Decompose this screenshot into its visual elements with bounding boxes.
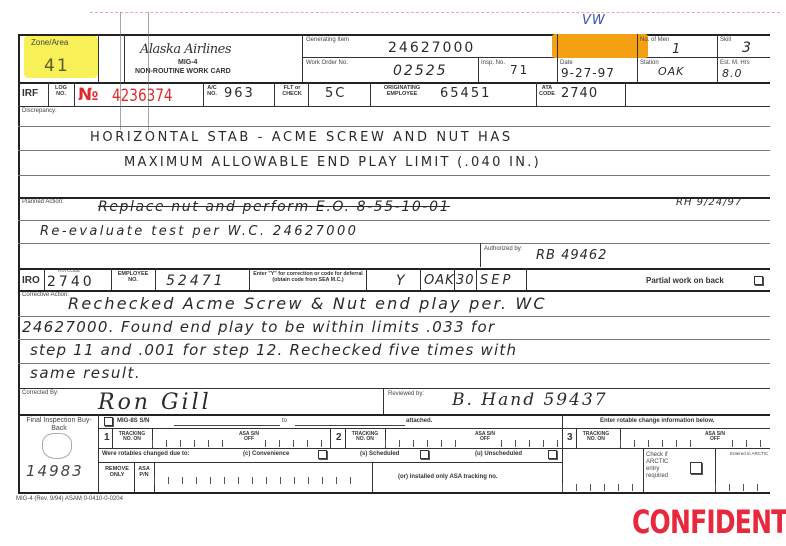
scheduled-checkbox[interactable] [420, 450, 429, 459]
est-hours-value: 8.0 [722, 67, 743, 80]
divider [330, 428, 331, 448]
divider [372, 462, 373, 492]
divider [112, 428, 113, 448]
divider [478, 57, 479, 82]
flt-check-value: 5C [325, 86, 346, 101]
convenience-checkbox[interactable] [318, 450, 327, 459]
inspection-stamp-icon [42, 433, 72, 459]
tracking-block-3-asa-field[interactable] [732, 440, 770, 447]
divider [526, 268, 527, 290]
tracking-block-1-asa-field[interactable] [265, 440, 329, 447]
page-edge-dashes [90, 12, 780, 13]
discrepancy-line-1: HORIZONTAL STAB - ACME SCREW AND NUT HAS [90, 130, 513, 145]
corrective-action-line-2: 24627000. Found end play to be within li… [22, 318, 495, 336]
divider [476, 268, 477, 290]
divider [576, 428, 577, 448]
tracking-block-1-number: 1 [104, 433, 110, 444]
iro-label: IRO [22, 276, 40, 287]
unscheduled-checkbox[interactable] [548, 450, 557, 459]
form-left-border [18, 34, 20, 492]
ruled-line [18, 243, 770, 244]
divider [134, 462, 135, 492]
planned-action-line-1-struck: Replace nut and perform E.O. 8-55-10-01 [98, 199, 450, 215]
divider [366, 268, 367, 290]
struck-initials: RH 9/24/97 [676, 197, 742, 208]
ruled-line [18, 175, 770, 176]
initials-mark: VW [582, 13, 606, 28]
divider [383, 388, 384, 414]
divider [18, 82, 770, 84]
ata-code-label: ATA CODE [538, 86, 556, 98]
ata-code-value: 2740 [561, 86, 598, 101]
divider [700, 57, 770, 58]
authorized-by-value: RB 49462 [536, 248, 607, 263]
divider [536, 82, 537, 106]
installed-tracking-field[interactable] [562, 484, 642, 491]
divider [562, 414, 563, 428]
asa-pn-field[interactable] [154, 477, 364, 484]
partial-work-label: Partial work on back [646, 277, 724, 285]
divider [18, 268, 770, 270]
attached-field[interactable] [295, 425, 405, 426]
generating-item-label: Generating Item [306, 37, 349, 43]
divider [302, 34, 303, 82]
tracking-block-3-asa-label: ASA S/N OFF [700, 432, 730, 443]
log-no-value: 4236374 [112, 86, 173, 106]
asa-pn-label: ASA P/N [136, 467, 152, 479]
divider [203, 82, 204, 106]
mig-sn-field[interactable] [174, 425, 280, 426]
zone-area-label: Zone/Area [31, 39, 68, 47]
corrected-by-label: Corrected By: [22, 390, 59, 396]
divider [155, 268, 156, 290]
rotable-info-label: Enter rotable change information below. [600, 418, 714, 424]
ruled-line [18, 339, 770, 340]
originating-employee-label: ORIGINATING EMPLOYEE [372, 86, 432, 98]
est-hours-label: Est. M. Hrs [720, 60, 750, 66]
ac-no-value: 963 [224, 86, 255, 101]
day-value: 30 [456, 273, 475, 288]
reviewed-by-label: Reviewed by: [388, 391, 424, 397]
divider [18, 106, 770, 107]
divider [274, 82, 275, 106]
confidential-stamp: CONFIDENTIA [632, 503, 786, 541]
iro-ata-code-label: ATA CODE [58, 269, 80, 274]
ruled-line [18, 220, 770, 221]
corrective-action-line-4: same result. [30, 364, 141, 382]
tracking-block-2-label: TRACKING NO. ON [347, 432, 383, 443]
discrepancy-line-2: MAXIMUM ALLOWABLE END PLAY LIMIT (.040 I… [124, 155, 541, 170]
employee-no-value: 52471 [166, 273, 226, 289]
ruled-line [18, 316, 770, 317]
arctic-entered-field[interactable] [715, 484, 770, 491]
station-value: OAK [658, 65, 684, 78]
ruled-line [18, 126, 770, 127]
ac-no-label: A/C NO. [205, 86, 219, 98]
inspection-stamp-number: 14983 [26, 462, 84, 480]
attached-label: attached. [406, 418, 432, 424]
divider [249, 268, 250, 290]
divider [98, 34, 99, 82]
station-label: Station [640, 60, 659, 66]
month-value: SEP [480, 273, 513, 288]
remove-only-label: REMOVE ONLY [102, 467, 132, 479]
originating-employee-value: 65451 [440, 86, 491, 101]
divider [557, 34, 558, 82]
zone-area-value: 41 [44, 56, 70, 76]
divider [18, 388, 770, 389]
authorized-by-label: Authorized by: [484, 246, 522, 252]
iro-station-value: OAK [424, 273, 455, 288]
tracking-block-3-field[interactable] [620, 440, 700, 447]
divider [562, 428, 563, 448]
divider [74, 82, 75, 106]
deferral-value: Y [396, 273, 406, 289]
mig-sn-label: MIG-8S S/N [117, 418, 149, 424]
tracking-block-1-field[interactable] [152, 440, 232, 447]
tracking-block-2-field[interactable] [385, 440, 469, 447]
tracking-block-2-asa-field[interactable] [501, 440, 561, 447]
rotables-changed-label: Were rotables changed due to: [102, 451, 190, 457]
iro-ata-code-value: 2740 [47, 274, 95, 290]
discrepancy-label: Discrepancy: [22, 108, 57, 114]
form-bottom-border [18, 492, 770, 494]
mig-sn-checkbox[interactable] [104, 417, 113, 426]
divider [625, 82, 626, 106]
divider [111, 268, 112, 290]
corrective-action-label: Corrective Action: [22, 292, 69, 298]
corrective-action-line-3: step 11 and .001 for step 12. Rechecked … [30, 341, 517, 359]
planned-action-label: Planned Action: [22, 199, 64, 205]
divider [98, 414, 99, 492]
work-order-value: 02525 [393, 63, 448, 79]
alaska-airlines-logo: Alaska Airlines [140, 42, 231, 57]
skill-label: Skill [720, 37, 731, 43]
divider [18, 290, 770, 292]
deferral-instruction: Enter "Y" for correction or code for def… [252, 272, 364, 283]
tracking-block-1-label: TRACKING NO. ON [114, 432, 150, 443]
divider [98, 448, 770, 449]
reason-scheduled-label: (s) Scheduled [360, 451, 399, 457]
ruled-line [18, 150, 770, 151]
no-of-men-label: No. of Men [640, 37, 669, 43]
reason-unscheduled-label: (u) Unscheduled [475, 451, 522, 457]
divider [420, 268, 421, 290]
final-inspection-label: Final Inspection Buy-Back [22, 417, 96, 432]
divider [44, 268, 45, 290]
irf-label: IRF [22, 89, 38, 100]
to-label: to [282, 418, 287, 424]
divider [308, 82, 309, 106]
divider [370, 82, 371, 106]
divider [637, 34, 638, 82]
divider [48, 82, 49, 106]
tracking-block-3-number: 3 [567, 433, 573, 444]
employee-no-label: EMPLOYEE NO. [113, 272, 153, 284]
divider [454, 268, 455, 290]
tracking-block-1-asa-label: ASA S/N OFF [234, 432, 264, 443]
no-of-men-value: 1 [672, 42, 681, 57]
divider [98, 462, 562, 463]
work-order-label: Work Order No. [306, 60, 348, 66]
insp-no-value: 71 [510, 63, 529, 77]
form-title: NON-ROUTINE WORK CARD [135, 68, 231, 75]
divider [124, 34, 125, 82]
tracking-block-2-number: 2 [336, 433, 342, 444]
reason-convenience-label: (c) Convenience [243, 451, 289, 457]
log-no-prefix: № [78, 85, 98, 105]
log-no-label: LOG NO. [51, 86, 71, 98]
arctic-label: Check if ARCTIC entry required [646, 452, 682, 480]
divider [18, 414, 770, 416]
arctic-entered-label: Entered in ARCTIC [730, 452, 770, 457]
insp-no-label: Insp. No. [481, 60, 505, 66]
partial-work-checkbox[interactable] [754, 276, 763, 285]
arctic-checkbox[interactable] [690, 462, 702, 474]
divider [98, 428, 770, 429]
binder-line [148, 12, 149, 130]
skill-value: 3 [742, 40, 752, 56]
form-code: MIG-4 [178, 59, 197, 66]
corrected-by-signature: Ron Gill [98, 390, 212, 415]
binder-line [120, 12, 121, 130]
form-revision: MIG-4 (Rev. 9/94) ASAM 0-0410-0-0204 [16, 496, 123, 502]
tracking-block-2-asa-label: ASA S/N OFF [470, 432, 500, 443]
divider [345, 428, 346, 448]
installed-only-label: (or) installed only ASA tracking no. [398, 474, 498, 480]
planned-action-line-2: Re-evaluate test per W.C. 24627000 [40, 224, 358, 239]
form-top-border [18, 34, 770, 36]
divider [480, 243, 481, 267]
generating-item-value: 24627000 [388, 40, 475, 56]
corrective-action-line-1: Rechecked Acme Screw & Nut end play per.… [68, 294, 547, 313]
reviewed-by-signature: B. Hand 59437 [452, 390, 608, 410]
date-value: 9-27-97 [561, 66, 615, 80]
divider [717, 34, 718, 82]
orange-highlight [552, 34, 648, 58]
tracking-block-3-label: TRACKING NO. ON [578, 432, 614, 443]
flt-check-label: FLT or CHECK [276, 86, 308, 98]
divider [643, 448, 644, 492]
